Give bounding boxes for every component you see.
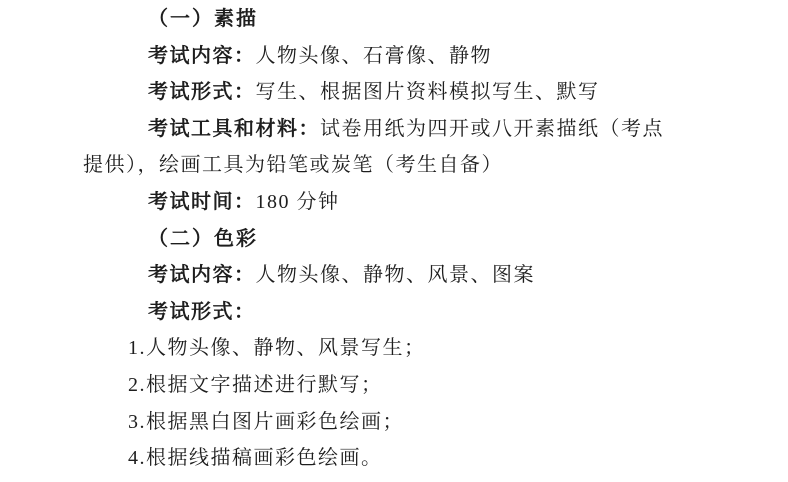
exam-duration-line: 考试时间：180 分钟 <box>83 184 748 221</box>
exam-format-value: 写生、根据图片资料模拟写生、默写 <box>256 81 600 103</box>
exam-duration-label: 考试时间： <box>148 191 256 213</box>
list-item-3: 3.根据黑白图片画彩色绘画； <box>83 404 748 441</box>
section-heading-sketch: （一）素描 <box>83 1 748 38</box>
exam-content-line-color: 考试内容：人物头像、静物、风景、图案 <box>83 257 748 294</box>
exam-format-label-line-color: 考试形式： <box>83 294 748 331</box>
section-heading-color-text: （二）色彩 <box>148 228 258 250</box>
section-heading-color: （二）色彩 <box>83 221 748 258</box>
list-item-1-text: 1.人物头像、静物、风景写生； <box>128 337 426 359</box>
exam-tools-continuation-text: 提供），绘画工具为铅笔或炭笔（考生自备） <box>83 154 503 176</box>
document-body: （一）素描 考试内容：人物头像、石膏像、静物 考试形式：写生、根据图片资料模拟写… <box>83 1 748 477</box>
exam-duration-value: 180 分钟 <box>256 191 340 213</box>
exam-format-line-sketch: 考试形式：写生、根据图片资料模拟写生、默写 <box>83 74 748 111</box>
list-item-4: 4.根据线描稿画彩色绘画。 <box>83 440 748 477</box>
exam-format-label-color: 考试形式： <box>148 301 256 323</box>
exam-tools-continuation-line: 提供），绘画工具为铅笔或炭笔（考生自备） <box>83 147 748 184</box>
list-item-3-text: 3.根据黑白图片画彩色绘画； <box>128 411 404 433</box>
exam-format-label: 考试形式： <box>148 81 256 103</box>
section-heading-sketch-text: （一）素描 <box>148 8 258 30</box>
list-item-1: 1.人物头像、静物、风景写生； <box>83 330 748 367</box>
list-item-2-text: 2.根据文字描述进行默写； <box>128 374 383 396</box>
exam-content-line-sketch: 考试内容：人物头像、石膏像、静物 <box>83 38 748 75</box>
exam-content-value-color: 人物头像、静物、风景、图案 <box>256 264 536 286</box>
list-item-4-text: 4.根据线描稿画彩色绘画。 <box>128 447 383 469</box>
exam-tools-value: 试卷用纸为四开或八开素描纸（考点 <box>320 118 664 140</box>
exam-content-label-color: 考试内容： <box>148 264 256 286</box>
exam-content-value: 人物头像、石膏像、静物 <box>256 45 493 67</box>
list-item-2: 2.根据文字描述进行默写； <box>83 367 748 404</box>
exam-tools-label: 考试工具和材料： <box>148 118 320 140</box>
exam-tools-line: 考试工具和材料：试卷用纸为四开或八开素描纸（考点 <box>83 111 748 148</box>
exam-content-label: 考试内容： <box>148 45 256 67</box>
